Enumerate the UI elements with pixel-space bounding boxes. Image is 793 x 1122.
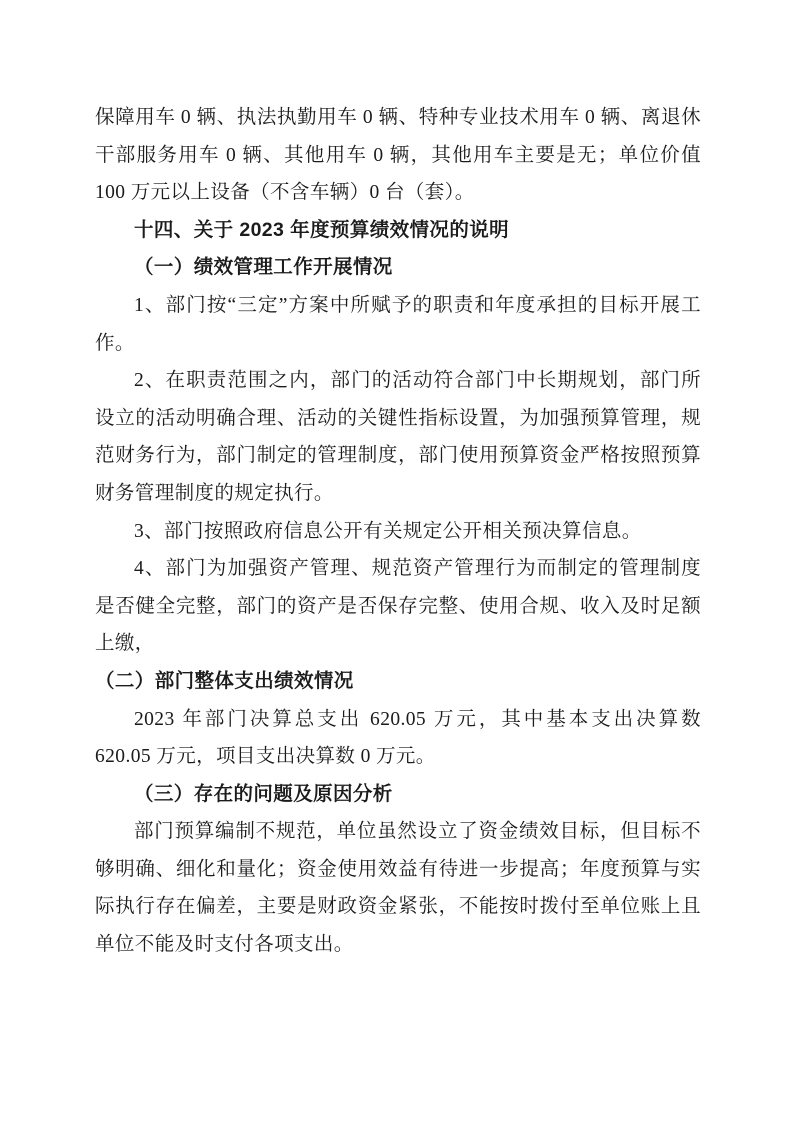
heading-performance-management-work: （一）绩效管理工作开展情况 — [95, 249, 701, 287]
paragraph-item-1-duties: 1、部门按“三定”方案中所赋予的职责和年度承担的目标开展工作。 — [95, 287, 701, 362]
paragraph-expenditure-figures: 2023 年部门决算总支出 620.05 万元，其中基本支出决算数 620.05… — [95, 701, 701, 776]
heading-section-fourteen: 十四、关于 2023 年度预算绩效情况的说明 — [95, 212, 701, 250]
paragraph-vehicle-counts-continuation: 保障用车 0 辆、执法执勤用车 0 辆、特种专业技术用车 0 辆、离退休干部服务… — [95, 99, 701, 212]
paragraph-item-4-asset-management: 4、部门为加强资产管理、规范资产管理行为而制定的管理制度是否健全完整，部门的资产… — [95, 550, 701, 663]
paragraph-problems-and-causes: 部门预算编制不规范，单位虽然设立了资金绩效目标，但目标不够明确、细化和量化；资金… — [95, 813, 701, 963]
heading-problems-and-cause-analysis: （三）存在的问题及原因分析 — [95, 776, 701, 814]
paragraph-item-2-budget-management: 2、在职责范围之内，部门的活动符合部门中长期规划，部门所设立的活动明确合理、活动… — [95, 362, 701, 512]
paragraph-item-3-information-disclosure: 3、部门按照政府信息公开有关规定公开相关预决算信息。 — [95, 513, 701, 551]
heading-overall-expenditure-performance: （二）部门整体支出绩效情况 — [95, 663, 701, 701]
document-page: 保障用车 0 辆、执法执勤用车 0 辆、特种专业技术用车 0 辆、离退休干部服务… — [0, 0, 793, 1122]
